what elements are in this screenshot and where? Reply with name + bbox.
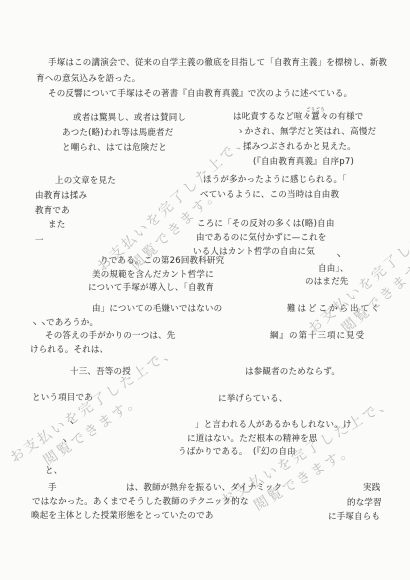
text-fragment: のはまだ先 [305, 277, 349, 287]
text-fragment: 丶丶 [30, 320, 47, 330]
text-fragment: に手塚自らも [328, 512, 380, 522]
text-fragment: に道はない。ただ根本の精神を思 [187, 434, 318, 444]
text-fragment: ほうが多かったように感じられる。「 [203, 175, 347, 185]
text-fragment: と、 [45, 466, 62, 476]
text-fragment: 上の文章を見た [55, 176, 116, 186]
text-fragment: また [48, 220, 65, 230]
text-fragment: べているように、この当時は自由教 [200, 190, 339, 200]
text-fragment: と嘲られ、はては危険だと [62, 143, 167, 153]
text-fragment: その答えの手がかりの一つは、先 [45, 331, 176, 341]
text-fragment: 教育であ [35, 206, 70, 216]
text-fragment: 自由」、 [318, 264, 349, 274]
text-fragment: 十三、吾等の授 [70, 367, 131, 377]
text-fragment: 」と言われる人があるかもしれない。け [195, 420, 352, 430]
text-fragment: 育への意気込みを語った。 [36, 74, 140, 84]
text-fragment: けられる。それは、 [30, 345, 108, 355]
text-fragment: 手 [48, 483, 57, 493]
text-fragment: (『自由教育真義』自序p7) [253, 157, 354, 167]
text-fragment: あつた(略)われ等は馬鹿者だ [62, 128, 173, 138]
text-fragment: 或者は驚異し、或者は賛同し [73, 113, 186, 123]
document-page: お支払いを完了した上で、閲覧できます。お支払いを完了した上で、閲覧できます。お支… [0, 0, 410, 580]
text-fragment: その反響について手塚はその著書『自由教育真義』で次のように述べている。 [48, 89, 352, 99]
text-fragment: ころに「その反対の多くは(略)自由 [197, 219, 335, 229]
text-fragment: ではなかった。あくまでそうした教師のテクニック的な [32, 497, 249, 507]
text-fragment: (『幻の自由 [253, 447, 296, 457]
text-fragment: 綱』の第十三項に見受 [270, 331, 365, 341]
text-fragment: 手塚はこの講演会で、従来の自学主義の徹底を目指して「自教育主義」を標榜し、新教 [48, 58, 387, 68]
text-fragment: 由教育は揉み [35, 191, 87, 201]
text-fragment: は、教師が熱弁を振るい、ダイナミック [126, 483, 282, 493]
text-fragment: 喚起を主体とした授業形態をとっていたのであ [31, 511, 214, 521]
text-fragment: 由」についての毛嫌いではないの [92, 304, 222, 314]
text-fragment: ゝかされ、無学だと笑はれ、高慢だ [236, 127, 376, 137]
text-fragment: 丶 [60, 437, 69, 447]
text-fragment: 丶 [334, 252, 343, 262]
text-fragment: 美の規範を含んだカント哲学に [92, 270, 214, 280]
text-fragment: 丶 [67, 419, 76, 429]
text-fragment: 揉みつぶされるかと見えた。 [243, 142, 356, 152]
text-fragment: りである。この第26回教科研究 [100, 256, 224, 266]
text-fragment: 実践 [363, 483, 380, 493]
text-fragment: 的な学習 [347, 498, 382, 508]
text-fragment: に挙げらている、 [218, 394, 288, 404]
text-fragment: は叱責するなど喧々囂々の有様で [233, 112, 364, 122]
text-layer: 手塚はこの講演会で、従来の自学主義の徹底を目指して「自教育主義」を標榜し、新教育… [0, 0, 410, 580]
text-fragment: うばかりである。 [178, 447, 248, 457]
text-fragment: であろうか。 [46, 318, 98, 328]
text-fragment: について手塚が導入し、「自教育 [88, 283, 214, 293]
text-fragment: は参観者のためならず。 [245, 367, 340, 377]
text-fragment: 一 [35, 236, 44, 246]
text-fragment: という項目であ [32, 393, 93, 403]
text-fragment: 由であるのに気付かずに—これを [196, 233, 327, 243]
text-fragment: 難はどこから出てく [287, 304, 382, 314]
